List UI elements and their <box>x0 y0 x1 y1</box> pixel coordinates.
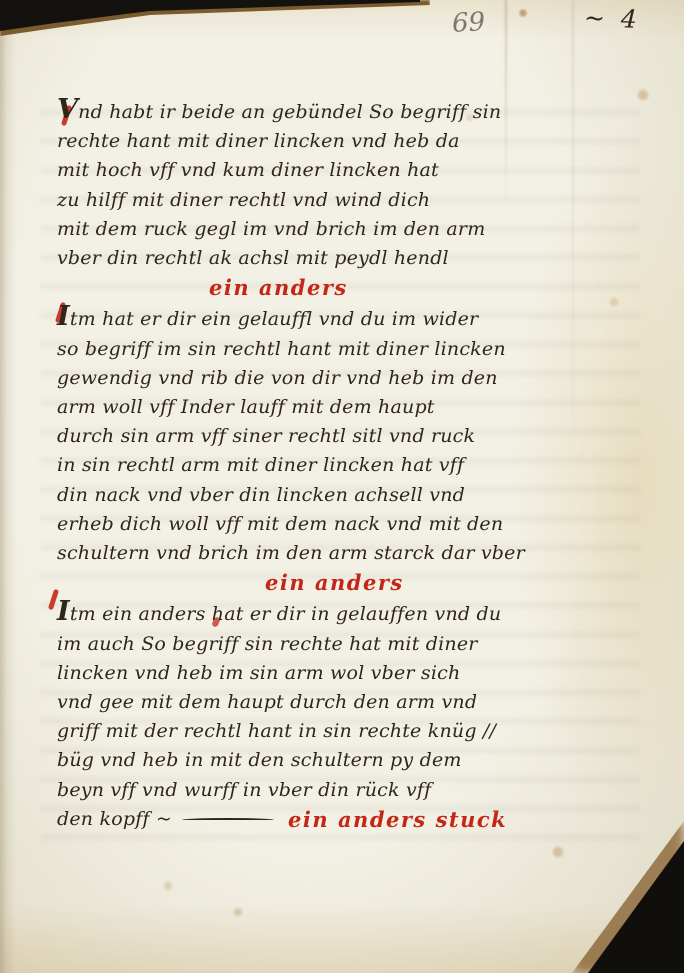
text-line: Itm ein anders hat er dir in gelauffen v… <box>57 597 569 629</box>
text-line: lincken vnd heb im sin arm wol vber sich <box>57 659 569 688</box>
text-line: mit dem ruck gegl im vnd brich im den ar… <box>57 215 569 244</box>
fold-line <box>572 0 574 500</box>
text-line: zu hilff mit diner rechtl vnd wind dich <box>57 186 569 215</box>
text-line: Vnd habt ir beide an gebündel So begriff… <box>57 95 569 127</box>
folio-mark: ~ 4 <box>584 5 642 32</box>
manuscript-photo: 69 ~ 4 Vnd habt ir beide an gebündel So … <box>0 0 684 973</box>
final-black-text: den kopff ~ <box>57 805 172 834</box>
text-line: in sin rechtl arm mit diner lincken hat … <box>57 451 569 480</box>
text-line: schultern vnd brich im den arm starck da… <box>57 539 569 568</box>
rubric-heading-2: ein anders <box>57 568 569 597</box>
text-line: erheb dich woll vff mit dem nack vnd mit… <box>57 510 569 539</box>
text-line-final: den kopff ~ ein anders stuck <box>57 805 569 834</box>
text-line: durch sin arm vff siner rechtl sitl vnd … <box>57 422 569 451</box>
text-line: arm woll vff Inder lauff mit dem haupt <box>57 393 569 422</box>
text-line: vber din rechtl ak achsl mit peydl hendl <box>57 244 569 273</box>
text-line: din nack vnd vber din lincken achsell vn… <box>57 481 569 510</box>
text-line: gewendig vnd rib die von dir vnd heb im … <box>57 364 569 393</box>
paragraph-3: Itm ein anders hat er dir in gelauffen v… <box>57 597 569 834</box>
text-line: im auch So begriff sin rechte hat mit di… <box>57 630 569 659</box>
pen-flourish-line <box>182 818 274 820</box>
pencil-page-number: 69 <box>451 9 485 37</box>
text-line: so begriff im sin rechtl hant mit diner … <box>57 335 569 364</box>
paragraph-1: Vnd habt ir beide an gebündel So begriff… <box>57 95 569 273</box>
rubric-heading-3: ein anders stuck <box>288 805 507 834</box>
rubric-heading-1: ein anders <box>57 273 569 302</box>
text-line: rechte hant mit diner lincken vnd heb da <box>57 127 569 156</box>
text-line: griff mit der rechtl hant in sin rechte … <box>57 717 569 746</box>
text-line: vnd gee mit dem haupt durch den arm vnd <box>57 688 569 717</box>
text-line: beyn vff vnd wurff in vber din rück vff <box>57 776 569 805</box>
text-line: mit hoch vff vnd kum diner lincken hat <box>57 156 569 185</box>
text-line: büg vnd heb in mit den schultern py dem <box>57 746 569 775</box>
text-line: Itm hat er dir ein gelauffl vnd du im wi… <box>57 302 569 334</box>
text-block: Vnd habt ir beide an gebündel So begriff… <box>57 95 569 834</box>
paragraph-2: Itm hat er dir ein gelauffl vnd du im wi… <box>57 302 569 568</box>
